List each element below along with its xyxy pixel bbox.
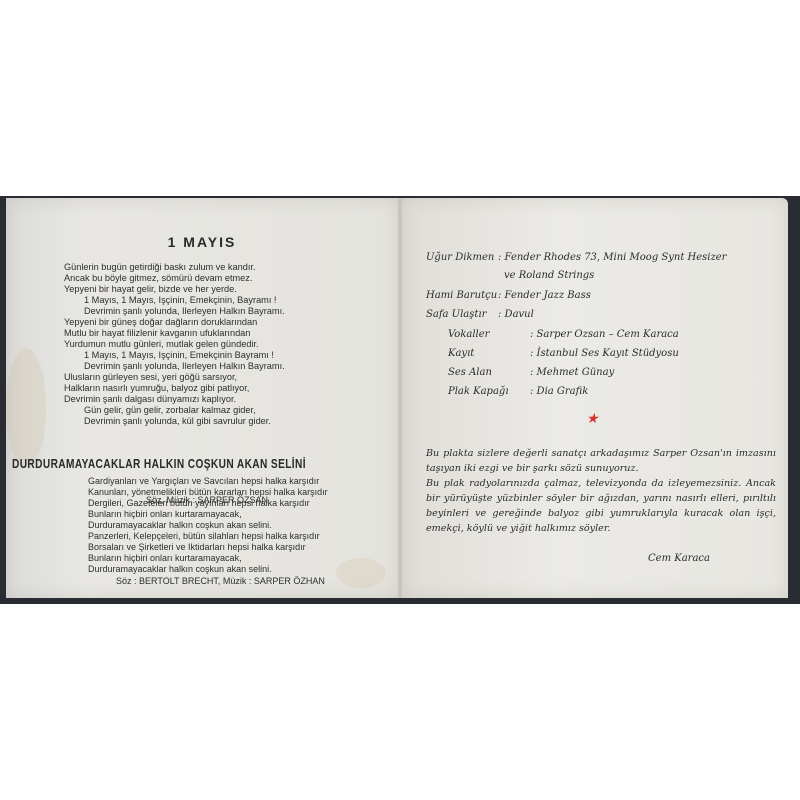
lyric-line: Devrimin şanlı yolunda, kül gibi savrulu… — [64, 416, 285, 427]
credit-value: : İstanbul Ses Kayıt Stüdyosu — [530, 348, 679, 359]
lyric-line: Kanunları, yönetmelikleri bütün kararlar… — [88, 487, 328, 498]
musician-row: Uğur Dikmen: Fender Rhodes 73, Mini Moog… — [426, 252, 726, 263]
credit-label: Ses Alan — [448, 367, 530, 378]
lyric-line: Mutlu bir hayat filizlenir kavganın ufuk… — [64, 328, 285, 339]
lyric-line: Halkların nasırlı yumruğu, balyoz gibi p… — [64, 383, 285, 394]
lyric-line: Ancak bu böyle gitmez, sömürü devam etme… — [64, 273, 285, 284]
musician-name: Safa Ulaştır — [426, 309, 498, 320]
lyric-line: Borsaları ve Şirketleri ve Iktidarları h… — [88, 542, 328, 553]
song-title-1-mayis: 1 MAYIS — [6, 234, 398, 250]
musician-name: Uğur Dikmen — [426, 252, 498, 263]
lyric-line: Gün gelir, gün gelir, zorbalar kalmaz gi… — [64, 405, 285, 416]
song-title-durduramayacaklar: DURDURAMAYACAKLAR HALKIN COŞKUN AKAN SEL… — [12, 456, 402, 471]
musician-row: Hami Barutçu: Fender Jazz Bass — [426, 290, 591, 301]
lyric-line: Bunların hiçbiri onları kurtaramayacak, — [88, 553, 328, 564]
musician-instrument: : Fender Rhodes 73, Mini Moog Synt Hesiz… — [498, 252, 726, 263]
musician-row: ve Roland Strings — [426, 270, 594, 281]
right-page: Uğur Dikmen: Fender Rhodes 73, Mini Moog… — [402, 198, 788, 598]
lyric-line: Günlerin bugün getirdiği baskı zulum ve … — [64, 262, 285, 273]
musician-instrument: ve Roland Strings — [498, 270, 594, 281]
lyric-line: Yepyeni bir güneş doğar dağların dorukla… — [64, 317, 285, 328]
lyric-line: Devrimin şanlı yolunda, Ilerleyen Halkın… — [64, 306, 285, 317]
lyric-line: Durduramayacaklar halkın coşkun akan sel… — [88, 564, 328, 575]
credit-row: Vokaller: Sarper Ozsan – Cem Karaca — [448, 329, 679, 340]
lyric-line: Ulusların gürleyen sesi, yeri göğü sarsı… — [64, 372, 285, 383]
credit-row: Kayıt: İstanbul Ses Kayıt Stüdyosu — [448, 348, 679, 359]
lyric-line: Bunların hiçbiri onları kurtaramayacak, — [88, 509, 328, 520]
song-lyrics-durduramayacaklar: Gardiyanları ve Yargıçları ve Savcıları … — [88, 476, 328, 575]
musician-instrument: : Davul — [498, 309, 534, 320]
credit-label: Kayıt — [448, 348, 530, 359]
lyric-line: Devrimin şanlı yolunda, Ilerleyen Halkın… — [64, 361, 285, 372]
song-lyrics-1-mayis: Günlerin bugün getirdiği baskı zulum ve … — [64, 262, 285, 427]
paper-stain — [336, 558, 386, 588]
liner-paragraph: Bu plak radyolarınızda çalmaz, televizyo… — [426, 476, 776, 536]
lyric-line: Dergileri, Gazeteleri bütün yayınları he… — [88, 498, 328, 509]
credit-label: Vokaller — [448, 329, 530, 340]
credit-value: : Dia Grafik — [530, 386, 588, 397]
signature: Cem Karaca — [648, 553, 710, 564]
lyric-line: 1 Mayıs, 1 Mayıs, Işçinin, Emekçinin Bay… — [64, 350, 285, 361]
paper-stain — [6, 348, 46, 468]
lyric-line: Gardiyanları ve Yargıçları ve Savcıları … — [88, 476, 328, 487]
lyric-line: Panzerleri, Kelepçeleri, bütün silahları… — [88, 531, 328, 542]
lyric-line: Durduramayacaklar halkın coşkun akan sel… — [88, 520, 328, 531]
lyric-line: Devrimin şanlı dalgası dünyamızı kaplıyo… — [64, 394, 285, 405]
musician-row: Safa Ulaştır: Davul — [426, 309, 534, 320]
song-credit-2: Söz : BERTOLT BRECHT, Müzik : SARPER ÖZH… — [116, 576, 325, 586]
credit-label: Plak Kapağı — [448, 386, 530, 397]
credit-row: Plak Kapağı: Dia Grafik — [448, 386, 588, 397]
lyric-line: Yurdumun mutlu günleri, mutlak gelen gün… — [64, 339, 285, 350]
liner-notes: Bu plakta sizlere değerli sanatçı arkada… — [426, 446, 776, 536]
red-star-icon: ★ — [586, 411, 599, 427]
musician-instrument: : Fender Jazz Bass — [498, 290, 591, 301]
musician-name: Hami Barutçu — [426, 290, 498, 301]
lyric-line: 1 Mayıs, 1 Mayıs, Işçinin, Emekçinin, Ba… — [64, 295, 285, 306]
lyric-line: Yepyeni bir hayat gelir, bizde ve her ye… — [64, 284, 285, 295]
credit-value: : Mehmet Günay — [530, 367, 614, 378]
credit-value: : Sarper Ozsan – Cem Karaca — [530, 329, 679, 340]
liner-paragraph: Bu plakta sizlere değerli sanatçı arkada… — [426, 446, 776, 476]
credit-row: Ses Alan: Mehmet Günay — [448, 367, 614, 378]
left-page: 1 MAYIS Günlerin bugün getirdiği baskı z… — [6, 198, 398, 598]
